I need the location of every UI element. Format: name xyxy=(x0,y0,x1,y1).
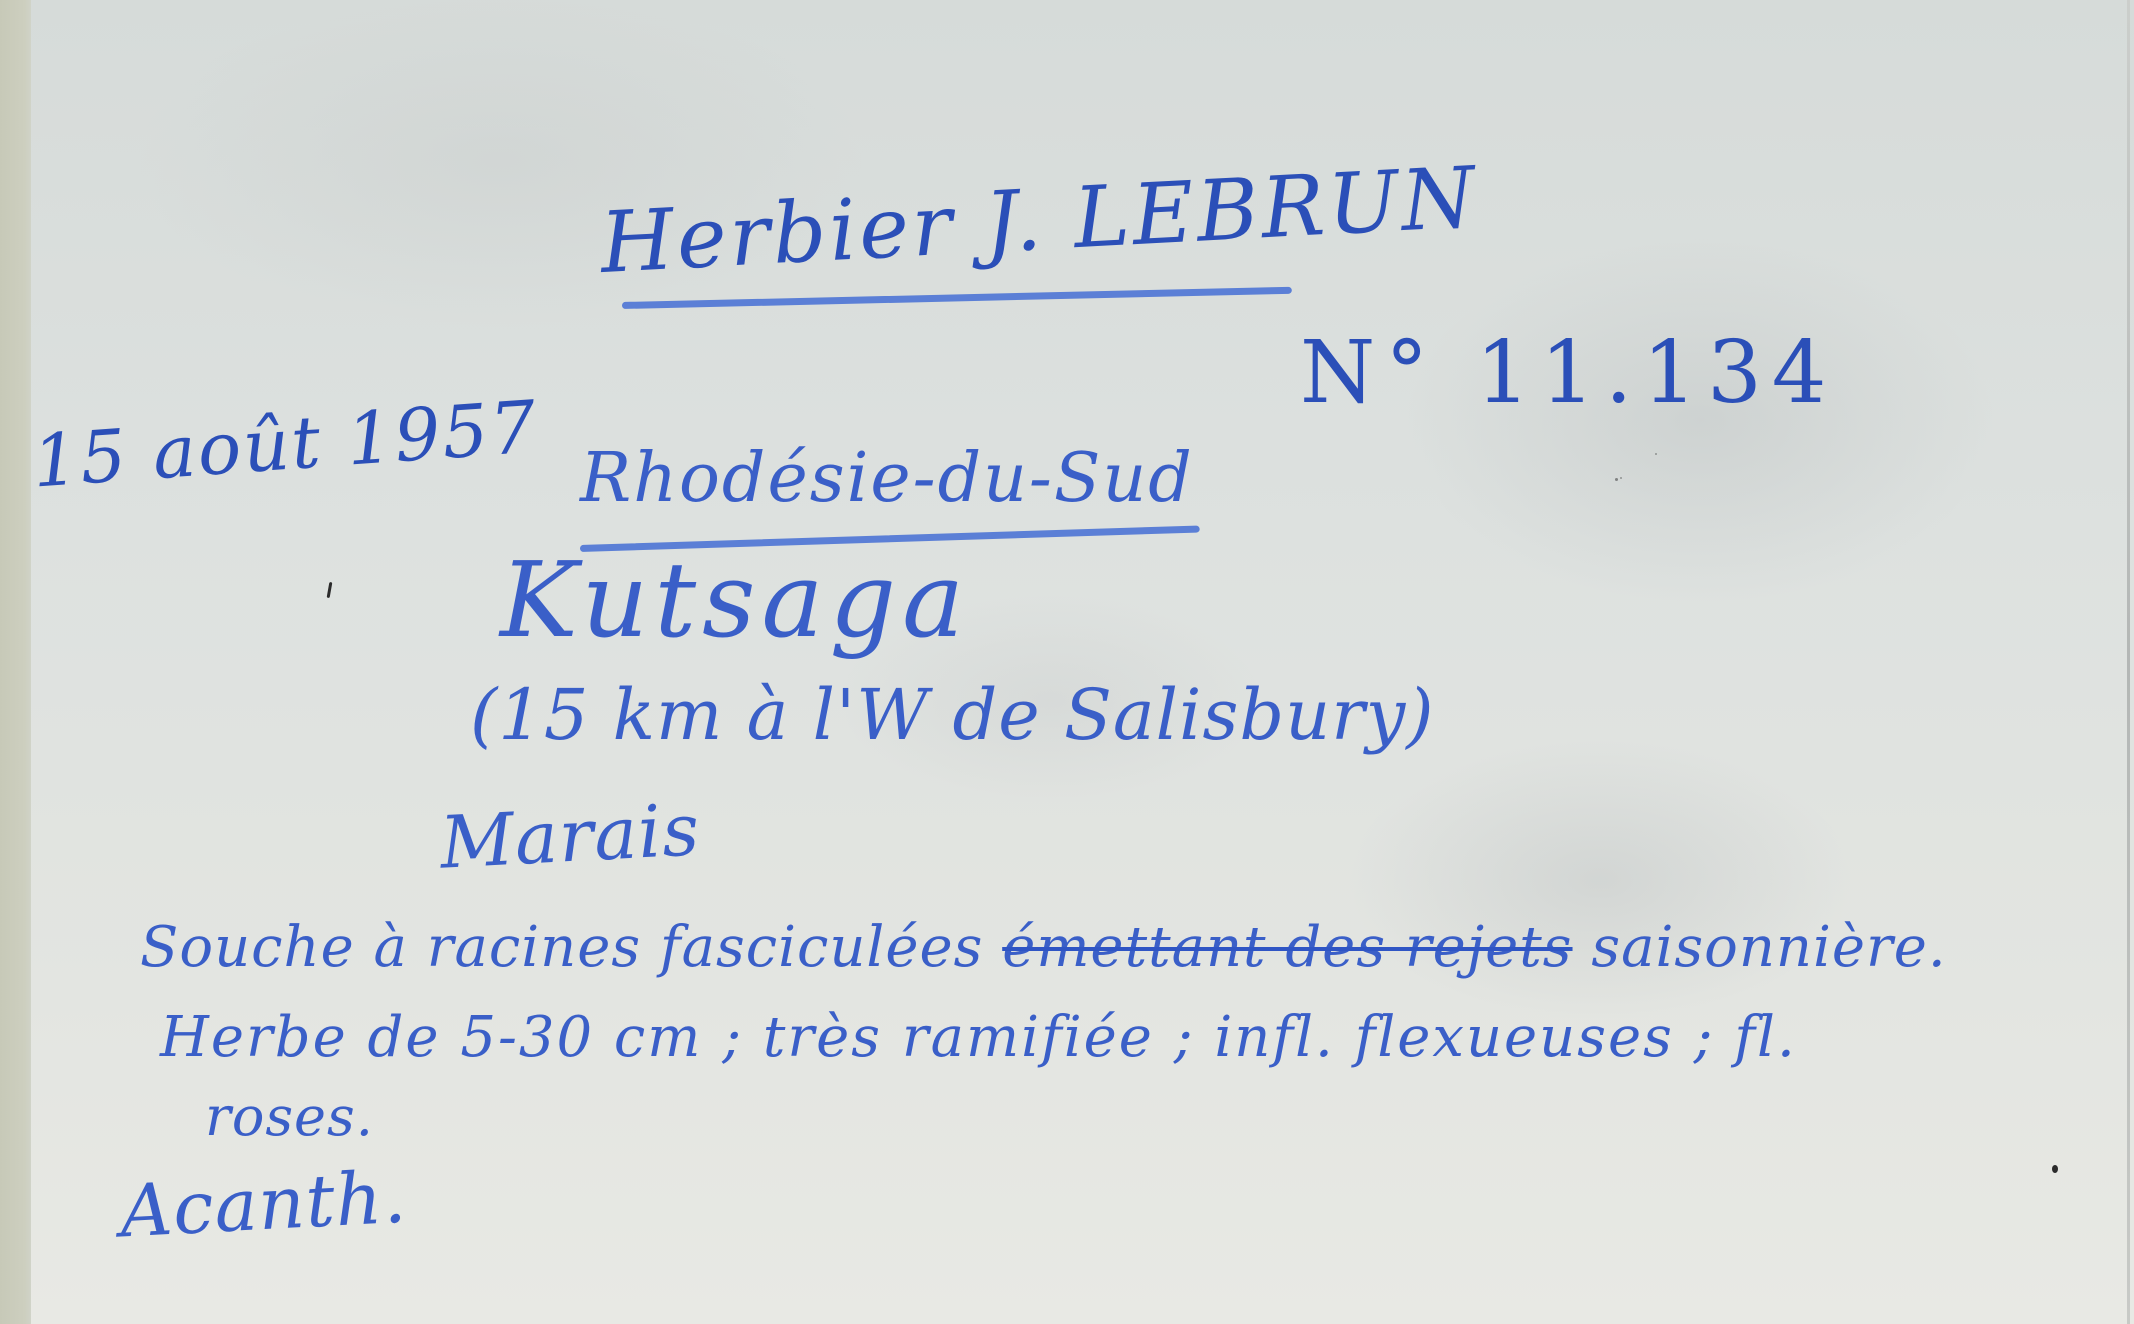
specimen-number: N° 11.134 xyxy=(1300,330,1837,416)
description-line-1-start: Souche à racines fasciculées xyxy=(140,915,983,980)
habitat: Marais xyxy=(438,793,701,879)
paper-speck xyxy=(1620,477,1622,479)
herbarium-label-sheet: Herbier J. LEBRUN N° 11.134 15 août 1957… xyxy=(0,0,2134,1324)
collection-date: 15 août 1957 xyxy=(30,390,540,497)
locality: Kutsaga xyxy=(500,548,970,652)
stray-ink-mark xyxy=(327,582,333,598)
paper-right-edge xyxy=(2127,0,2130,1324)
herbarium-title: Herbier J. LEBRUN xyxy=(598,155,1479,285)
description-line-3: roses. xyxy=(205,1090,374,1144)
herbarium-title-underline xyxy=(622,287,1292,309)
description-line-1: Souche à racines fasciculées émettant de… xyxy=(140,920,1947,976)
struck-text: émettant des rejets xyxy=(1002,915,1572,980)
description-line-1-end: saisonnière. xyxy=(1591,915,1946,980)
locality-detail: (15 km à l'W de Salisbury) xyxy=(470,680,1435,750)
mount-edge-strip xyxy=(0,0,31,1324)
paper-speck xyxy=(1655,453,1657,455)
description-line-2: Herbe de 5-30 cm ; très ramifiée ; infl.… xyxy=(160,1010,1797,1066)
family-abbreviation: Acanth. xyxy=(118,1161,408,1248)
paper-speck xyxy=(1615,478,1618,481)
paper-speck xyxy=(2052,1165,2058,1173)
country: Rhodésie-du-Sud xyxy=(580,445,1194,513)
